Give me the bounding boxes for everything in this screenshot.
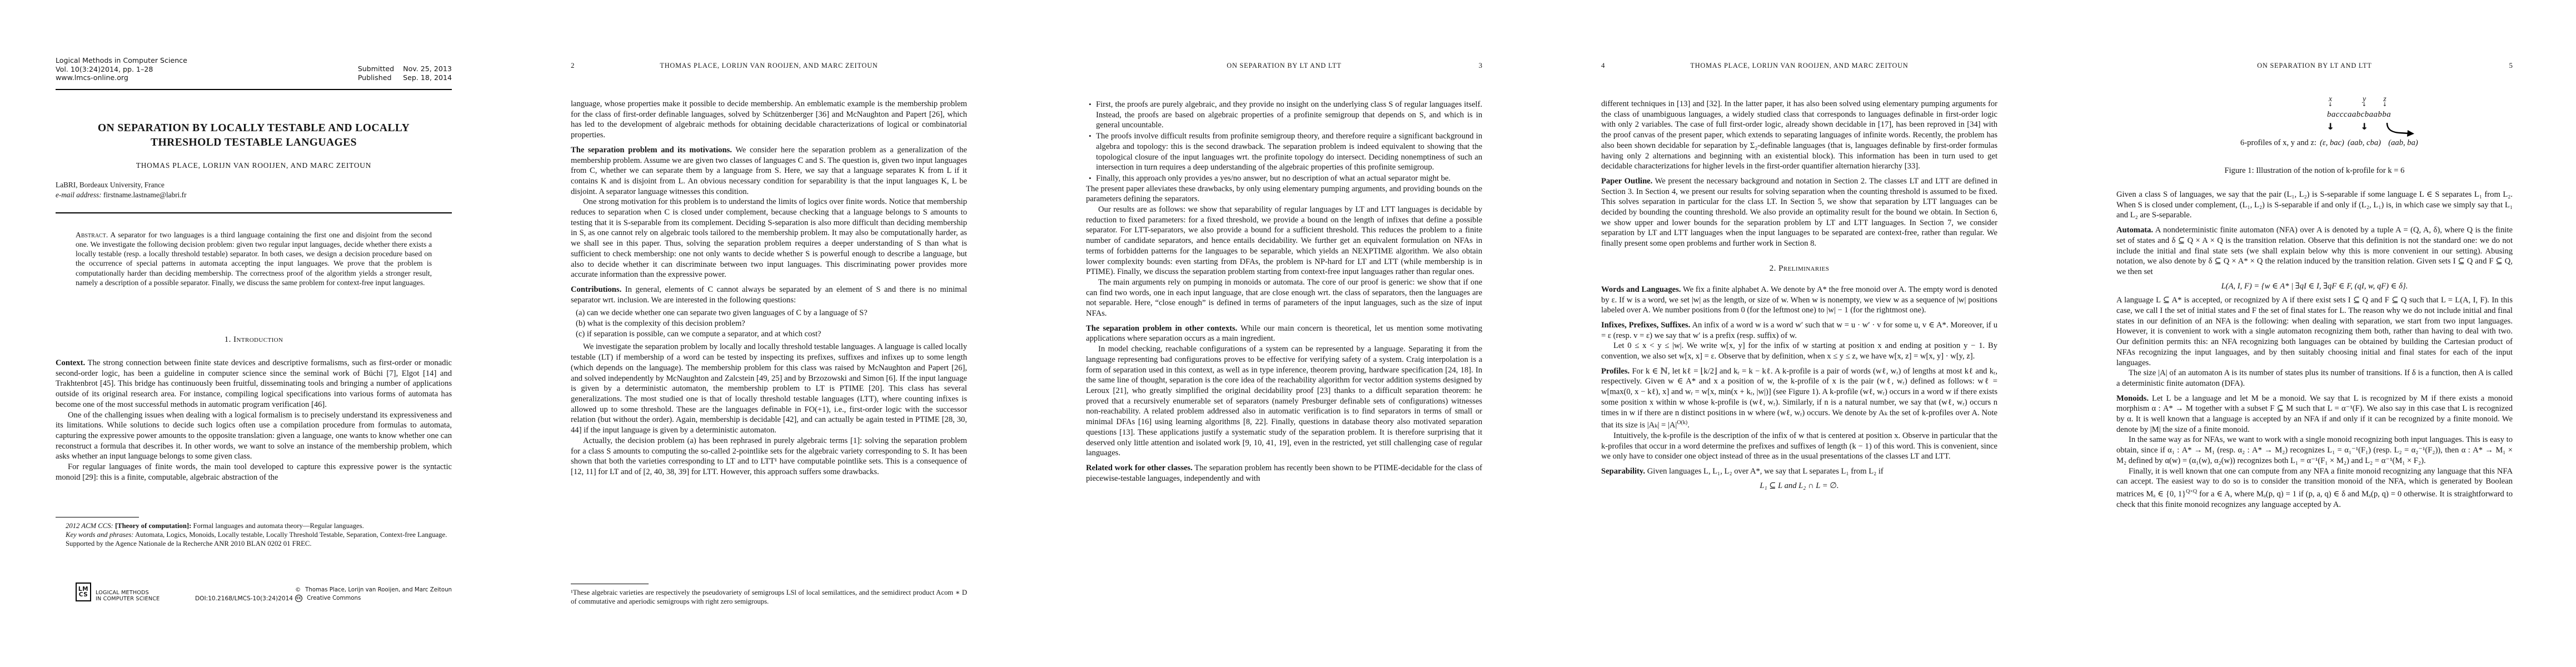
page-5: ON SEPARATION BY LT AND LTT 5 x y z ↓ ↓ … — [2061, 0, 2576, 667]
page2-body: language, whose properties make it possi… — [571, 99, 967, 477]
lmcs-name: LOGICAL METHODS IN COMPUTER SCIENCE — [96, 590, 160, 602]
paragraph: Actually, the decision problem (a) has b… — [571, 436, 967, 477]
paragraph: Related work for other classes. The sepa… — [1086, 463, 1482, 484]
paragraph: In model checking, reachable configurati… — [1086, 344, 1482, 459]
paragraph: Finally, it is well known that one can c… — [2116, 466, 2513, 510]
running-head: 2 THOMAS PLACE, LORIJN VAN ROOIJEN, AND … — [571, 61, 967, 70]
bullet-item: • Finally, this approach only provides a… — [1086, 173, 1482, 184]
document-canvas: Logical Methods in Computer Science Vol.… — [0, 0, 2576, 667]
creative-commons-label: Creative Commons — [307, 594, 361, 603]
paragraph-lead: Context. — [56, 359, 85, 367]
paragraph: different techniques in [13] and [32]. I… — [1601, 99, 1997, 172]
paragraph-lead: Infixes, Prefixes, Suffixes. — [1601, 321, 1690, 330]
down-arrow-icon: ↓ — [2326, 121, 2334, 132]
paragraph: Words and Languages. We fix a finite alp… — [1601, 285, 1997, 316]
paragraph: Intuitively, the k-profile is the descri… — [1601, 431, 1997, 462]
lmcs-logo-letters: CS — [79, 592, 88, 598]
footnote-text: ¹These algebraic varieties are respectiv… — [571, 588, 967, 606]
display-equation: L₁ ⊆ L and L₂ ∩ L = ∅. — [1601, 481, 1997, 491]
title-line-2: THRESHOLD TESTABLE LANGUAGES — [56, 136, 452, 150]
paragraph: Let 0 ≤ x < y ≤ |w|. We write w[x, y] fo… — [1601, 341, 1997, 361]
abstract-label: Abstract. — [76, 231, 108, 239]
paragraph: Separability. Given languages L, L₁, L₂ … — [1601, 466, 1997, 477]
page-number: 3 — [1449, 61, 1482, 70]
section-heading-preliminaries: 2. Preliminaries — [1601, 263, 1997, 273]
submission-dates: Submitted Nov. 25, 2013 Published Sep. 1… — [358, 64, 452, 82]
section-heading-introduction: 1. Introduction — [56, 335, 452, 345]
paragraph: language, whose properties make it possi… — [571, 99, 967, 141]
profiles-label: 6-profiles of x, y and z: — [2116, 138, 2316, 148]
journal-name: Logical Methods in Computer Science — [56, 56, 452, 65]
paragraph-lead: The separation problem in other contexts… — [1086, 324, 1237, 333]
figure-word: bacccaabcbaabba — [2327, 110, 2391, 120]
support-acknowledgement: Supported by the Agence Nationale de la … — [56, 539, 452, 548]
paragraph: Infixes, Prefixes, Suffixes. An infix of… — [1601, 320, 1997, 341]
footnote-block: ¹These algebraic varieties are respectiv… — [571, 584, 967, 606]
header-rule — [56, 89, 452, 90]
figure-caption: Figure 1: Illustration of the notion of … — [2116, 166, 2513, 176]
paragraph-lead: Contributions. — [571, 285, 621, 294]
exponent: O(k) — [1677, 420, 1687, 426]
page-2: 2 THOMAS PLACE, LORIJN VAN ROOIJEN, AND … — [515, 0, 1030, 667]
running-head-authors: THOMAS PLACE, LORIJN VAN ROOIJEN, AND MA… — [1635, 62, 1964, 70]
profile-tuple: (aab, ba) — [2388, 138, 2418, 148]
paragraph: One strong motivation for this problem i… — [571, 197, 967, 280]
list-item: (b) what is the complexity of this decis… — [571, 318, 967, 329]
page-1: Logical Methods in Computer Science Vol.… — [0, 0, 515, 667]
footnote-block: 2012 ACM CCS: [Theory of computation]: F… — [56, 517, 452, 549]
page-number: 5 — [2479, 61, 2513, 70]
paragraph-lead: Automata. — [2116, 226, 2153, 235]
paragraph: Monoids. Let L be a language and let M b… — [2116, 394, 2513, 435]
author-line: THOMAS PLACE, LORIJN VAN ROOIJEN, AND MA… — [56, 161, 452, 170]
paragraph: A language L ⊆ A* is accepted, or recogn… — [2116, 295, 2513, 368]
bullet-item: • The proofs involve difficult results f… — [1086, 131, 1482, 173]
page3-body: • First, the proofs are purely algebraic… — [1086, 99, 1482, 484]
display-equation: L(A, I, F) = {w ∈ A* | ∃qI ∈ I, ∃qF ∈ F,… — [2116, 281, 2513, 292]
running-head-title: ON SEPARATION BY LT AND LTT — [1119, 62, 1449, 70]
affiliation: LaBRI, Bordeaux University, France — [56, 180, 452, 190]
profile-tuple: (aab, cba) — [2348, 138, 2381, 148]
paragraph: The present paper alleviates these drawb… — [1086, 184, 1482, 205]
running-head: 4 THOMAS PLACE, LORIJN VAN ROOIJEN, AND … — [1601, 61, 1997, 70]
doi: DOI:10.2168/LMCS-10(3:24)2014 — [195, 595, 293, 602]
page5-body: x y z ↓ ↓ ↓ bacccaabcbaabba ↓ ↓ 6-profil… — [2116, 94, 2513, 510]
acm-classification: 2012 ACM CCS: [Theory of computation]: F… — [56, 521, 452, 530]
paragraph: The main arguments rely on pumping in mo… — [1086, 277, 1482, 319]
copyright-icon: © — [295, 586, 301, 594]
journal-header: Logical Methods in Computer Science Vol.… — [56, 56, 452, 82]
published-date: Sep. 18, 2014 — [403, 73, 452, 82]
down-arrow-icon: ↓ — [2360, 121, 2368, 132]
exponent: Q×Q — [2186, 489, 2197, 495]
email-label: e-mail address: — [56, 191, 102, 199]
list-item: (a) can we decide whether one can separa… — [571, 308, 967, 318]
page-3: ON SEPARATION BY LT AND LTT 3 • First, t… — [1030, 0, 1546, 667]
paragraph: In the same way as for NFAs, we want to … — [2116, 435, 2513, 466]
journal-footer: LM CS LOGICAL METHODS IN COMPUTER SCIENC… — [56, 581, 452, 615]
down-arrow-icon: ↓ — [2328, 102, 2333, 108]
paragraph-lead: Related work for other classes. — [1086, 464, 1193, 472]
submitted-date: Nov. 25, 2013 — [403, 64, 452, 73]
lmcs-logo: LM CS — [76, 583, 91, 601]
title-rule — [56, 212, 452, 213]
paragraph-lead: Paper Outline. — [1601, 177, 1652, 186]
down-arrow-icon: ↓ — [2362, 102, 2366, 108]
published-label: Published — [358, 73, 394, 82]
paragraph-lead: Separability. — [1601, 467, 1645, 476]
page1-body: 1. Introduction Context. The strong conn… — [56, 320, 452, 482]
bullet-icon: • — [1086, 173, 1096, 184]
page-4: 4 THOMAS PLACE, LORIJN VAN ROOIJEN, AND … — [1546, 0, 2061, 667]
footnote-rule — [56, 517, 139, 517]
paragraph-lead: Monoids. — [2116, 394, 2149, 403]
paragraph: The separation problem in other contexts… — [1086, 323, 1482, 344]
paragraph: Paper Outline. We present the necessary … — [1601, 176, 1997, 249]
paper-title: ON SEPARATION BY LOCALLY TESTABLE AND LO… — [56, 121, 452, 150]
bullet-icon: • — [1086, 99, 1096, 131]
footnote-rule — [571, 584, 649, 584]
running-head: ON SEPARATION BY LT AND LTT 5 — [2116, 61, 2513, 70]
page4-body: different techniques in [13] and [32]. I… — [1601, 99, 1997, 495]
bullet-icon: • — [1086, 131, 1096, 173]
figure-1: x y z ↓ ↓ ↓ bacccaabcbaabba ↓ ↓ 6-profil… — [2116, 94, 2513, 151]
paragraph: We investigate the separation problem by… — [571, 342, 967, 435]
copyright-names: Thomas Place, Lorijn van Rooijen, and Ma… — [305, 586, 452, 594]
running-head: ON SEPARATION BY LT AND LTT 3 — [1086, 61, 1482, 70]
paragraph: Our results are as follows: we show that… — [1086, 205, 1482, 277]
running-head-title: ON SEPARATION BY LT AND LTT — [2150, 62, 2479, 70]
paragraph: One of the challenging issues when deali… — [56, 410, 452, 462]
page-number: 2 — [571, 61, 604, 70]
paragraph: Context. The strong connection between f… — [56, 358, 452, 410]
paragraph: Given a class S of languages, we say tha… — [2116, 190, 2513, 221]
down-arrow-icon: ↓ — [2383, 102, 2387, 108]
copyright-block: © Thomas Place, Lorijn van Rooijen, and … — [295, 586, 452, 603]
bullet-item: • First, the proofs are purely algebraic… — [1086, 99, 1482, 131]
paragraph: Profiles. For k ∈ ℕ, let kℓ = ⌊k/2⌋ and … — [1601, 366, 1997, 431]
abstract: Abstract. A separator for two languages … — [76, 230, 432, 288]
email-address: firstname.lastname@labri.fr — [103, 191, 187, 199]
page-number: 4 — [1601, 61, 1635, 70]
paragraph-lead: The separation problem and its motivatio… — [571, 146, 732, 155]
keywords: Key words and phrases: Automata, Logics,… — [56, 530, 452, 539]
curved-arrow-icon — [2384, 122, 2416, 138]
paragraph-lead: Profiles. — [1601, 367, 1630, 376]
paragraph: The separation problem and its motivatio… — [571, 145, 967, 197]
list-item: (c) if separation is possible, can we co… — [571, 329, 967, 340]
running-head-authors: THOMAS PLACE, LORIJN VAN ROOIJEN, AND MA… — [604, 62, 934, 70]
paragraph: Contributions. In general, elements of C… — [571, 285, 967, 305]
title-line-1: ON SEPARATION BY LOCALLY TESTABLE AND LO… — [56, 121, 452, 136]
abstract-text: A separator for two languages is a third… — [76, 231, 432, 287]
submitted-label: Submitted — [358, 64, 394, 73]
creative-commons-icon: CC — [295, 595, 302, 602]
paragraph: Automata. A nondeterministic finite auto… — [2116, 225, 2513, 277]
affiliation-block: LaBRI, Bordeaux University, France e-mai… — [56, 180, 452, 200]
paragraph: For regular languages of finite words, t… — [56, 462, 452, 482]
paragraph: The size |A| of an automaton A is its nu… — [2116, 368, 2513, 389]
paragraph-lead: Words and Languages. — [1601, 285, 1681, 294]
profile-tuple: (ε, bac) — [2320, 138, 2344, 148]
